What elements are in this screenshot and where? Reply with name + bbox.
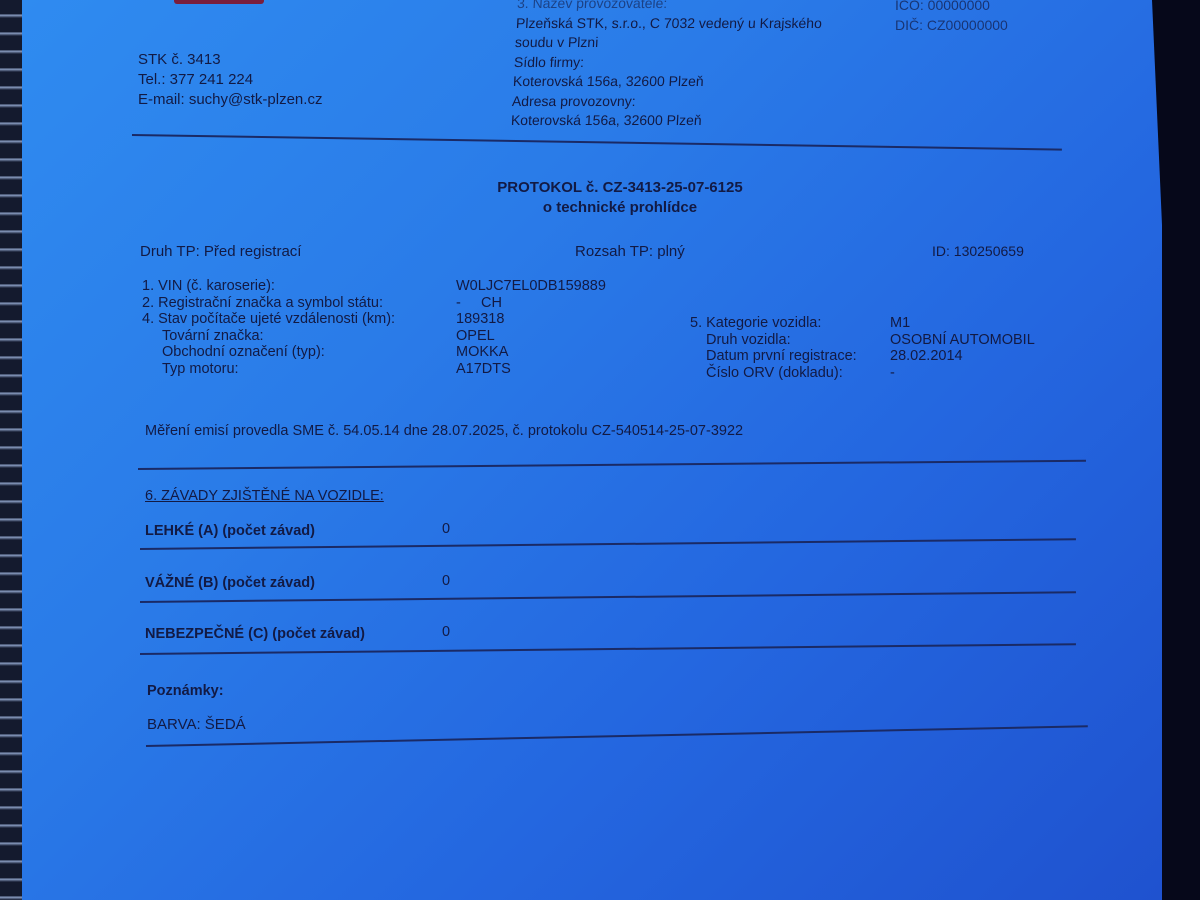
defect-category-label: NEBEZPEČNÉ (C) (počet závad): [145, 626, 365, 642]
field-label: 2. Registrační značka a symbol státu:: [142, 295, 456, 312]
field-row: Datum první registrace:28.02.2014: [690, 348, 1035, 365]
email: E-mail: suchy@stk-plzen.cz: [138, 90, 322, 110]
inspection-type: Druh TP: Před registrací: [140, 243, 301, 260]
field-row: Druh vozidla:OSOBNÍ AUTOMOBIL: [690, 332, 1035, 349]
binder-edge: [0, 0, 22, 900]
notes-text: BARVA: ŠEDÁ: [147, 716, 246, 733]
field-row: Tovární značka:OPEL: [142, 328, 606, 345]
defect-category-label: VÁŽNÉ (B) (počet závad): [145, 575, 315, 591]
defect-count: 0: [442, 624, 450, 640]
protocol-title: PROTOKOL č. CZ-3413-25-07-6125 o technic…: [0, 178, 1200, 218]
defect-divider: [140, 591, 1076, 603]
vehicle-fields-left: 1. VIN (č. karoserie):W0LJC7EL0DB1598892…: [142, 278, 606, 377]
defect-category-label: LEHKÉ (A) (počet závad): [145, 523, 315, 539]
field-label: Druh vozidla:: [690, 332, 890, 349]
premises-label: Adresa provozovny:: [511, 92, 818, 112]
emissions-note: Měření emisí provedla SME č. 54.05.14 dn…: [145, 423, 743, 439]
field-row: Obchodní označení (typ):MOKKA: [142, 344, 606, 361]
field-value: A17DTS: [456, 361, 511, 378]
stk-number: STK č. 3413: [138, 50, 322, 70]
header-divider: [132, 134, 1062, 151]
vehicle-fields-right: 5. Kategorie vozidla:M1Druh vozidla:OSOB…: [690, 315, 1035, 381]
field-value: OPEL: [456, 328, 495, 345]
seat-label: Sídlo firmy:: [513, 53, 820, 73]
field-row: Číslo ORV (dokladu):-: [690, 365, 1035, 382]
field-value: W0LJC7EL0DB159889: [456, 278, 606, 295]
divider-notes: [146, 725, 1088, 747]
field-label: Číslo ORV (dokladu):: [690, 365, 890, 382]
tax-ids: IČO: 00000000 DIČ: CZ00000000: [895, 0, 1008, 35]
operator-label: 3. Název provozovatele:: [517, 0, 824, 14]
operator-info: 3. Název provozovatele: Plzeňská STK, s.…: [510, 0, 823, 131]
field-label: Tovární značka:: [142, 328, 456, 345]
operator-name: Plzeňská STK, s.r.o., C 7032 vedený u Kr…: [516, 14, 823, 34]
field-value: -: [890, 365, 895, 382]
field-row: Typ motoru:A17DTS: [142, 361, 606, 378]
red-tab: [174, 0, 264, 4]
field-label: Datum první registrace:: [690, 348, 890, 365]
defect-count: 0: [442, 521, 450, 537]
operator-court: soudu v Plzni: [515, 33, 822, 53]
notes-heading: Poznámky:: [147, 683, 224, 699]
field-label: 1. VIN (č. karoserie):: [142, 278, 456, 295]
seat-address: Koterovská 156a, 32600 Plzeň: [512, 72, 819, 92]
field-value: 189318: [456, 311, 504, 328]
defects-heading: 6. ZÁVADY ZJIŠTĚNÉ NA VOZIDLE:: [145, 488, 384, 504]
field-row: 1. VIN (č. karoserie):W0LJC7EL0DB159889: [142, 278, 606, 295]
field-value: - CH: [456, 295, 502, 312]
field-value: M1: [890, 315, 910, 332]
inspection-id: ID: 130250659: [932, 243, 1024, 259]
inspection-scope: Rozsah TP: plný: [575, 243, 685, 260]
field-row: 5. Kategorie vozidla:M1: [690, 315, 1035, 332]
protocol-number: PROTOKOL č. CZ-3413-25-07-6125: [0, 178, 1200, 198]
ico: IČO: 00000000: [895, 0, 1008, 16]
field-label: Typ motoru:: [142, 361, 456, 378]
protocol-subtitle: o technické prohlídce: [0, 198, 1200, 218]
station-contact: STK č. 3413 Tel.: 377 241 224 E-mail: su…: [138, 50, 322, 110]
field-label: 5. Kategorie vozidla:: [690, 315, 890, 332]
field-value: 28.02.2014: [890, 348, 963, 365]
field-label: 4. Stav počítače ujeté vzdálenosti (km):: [142, 311, 456, 328]
defect-count: 0: [442, 573, 450, 589]
field-row: 2. Registrační značka a symbol státu:- C…: [142, 295, 606, 312]
defect-divider: [140, 643, 1076, 655]
dic: DIČ: CZ00000000: [895, 16, 1008, 36]
document-page: STK č. 3413 Tel.: 377 241 224 E-mail: su…: [22, 0, 1162, 900]
defect-divider: [140, 538, 1076, 550]
divider-emissions: [138, 460, 1086, 470]
field-value: OSOBNÍ AUTOMOBIL: [890, 332, 1035, 349]
phone: Tel.: 377 241 224: [138, 70, 322, 90]
premises-address: Koterovská 156a, 32600 Plzeň: [510, 111, 817, 131]
field-value: MOKKA: [456, 344, 508, 361]
field-label: Obchodní označení (typ):: [142, 344, 456, 361]
field-row: 4. Stav počítače ujeté vzdálenosti (km):…: [142, 311, 606, 328]
